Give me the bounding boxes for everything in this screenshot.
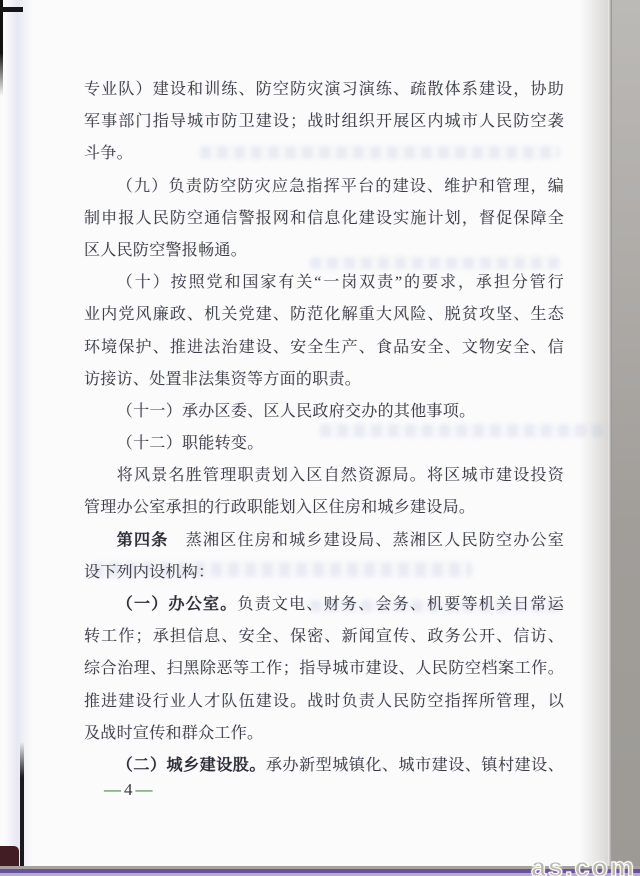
text-line: （二）城乡建设股。承办新型城镇化、城市建设、镇村建设、 [84, 750, 564, 782]
text-line: 访接访、处置非法集资等方面的职责。 [84, 364, 564, 396]
line-text: 业内党风廉政、机关党建、防范化解重大风险、脱贫攻坚、生态 [84, 306, 564, 323]
text-line: （十）按照党和国家有关“一岗双责”的要求，承担分管行 [84, 267, 564, 299]
scanner-background [612, 0, 640, 876]
text-line: 环境保护、推进法治建设、安全生产、食品安全、文物安全、信 [84, 332, 564, 364]
line-text: 斗争。 [84, 145, 133, 162]
text-line: 专业队）建设和训练、防空防灾演习演练、疏散体系建设，协助 [84, 74, 564, 106]
page-number-value: 4 [124, 780, 136, 799]
text-line: 业内党风廉政、机关党建、防范化解重大风险、脱贫攻坚、生态 [84, 299, 564, 331]
text-line: （九）负责防空防灾应急指挥平台的建设、维护和管理，编 [84, 171, 564, 203]
scan-artifact-top-left-line [0, 0, 3, 96]
line-text: 专业队）建设和训练、防空防灾演习演练、疏散体系建设，协助 [84, 81, 564, 98]
page-number-dash: — [104, 780, 124, 799]
text-line: 制申报人民防空通信警报网和信息化建设实施计划，督促保障全 [84, 203, 564, 235]
item-title-bold: （一）办公室。 [117, 596, 238, 613]
page-number: —4— [104, 780, 156, 800]
document-body: 专业队）建设和训练、防空防灾演习演练、疏散体系建设，协助 军事部门指导城市防卫建… [84, 74, 564, 782]
line-text: 及战时宣传和群众工作。 [84, 725, 263, 742]
line-text: （十二）职能转变。 [117, 435, 264, 452]
scan-artifact-top-dash [0, 7, 23, 12]
line-text: 承办新型城镇化、城市建设、镇村建设、 [266, 757, 564, 774]
text-line: （一）办公室。负责文电、财务、会务、机要等机关日常运 [84, 589, 564, 621]
line-text: （九）负责防空防灾应急指挥平台的建设、维护和管理，编 [117, 178, 564, 195]
line-text: 将风景名胜管理职责划入区自然资源局。将区城市建设投资 [117, 467, 564, 484]
text-line: 转工作；承担信息、安全、保密、新闻宣传、政务公开、信访、 [84, 621, 564, 653]
text-line: 及战时宣传和群众工作。 [84, 718, 564, 750]
article-number-bold: 第四条 [117, 532, 169, 549]
line-text: 设下列内设机构： [84, 564, 214, 581]
text-line: 将风景名胜管理职责划入区自然资源局。将区城市建设投资 [84, 460, 564, 492]
line-text: （十一）承办区委、区人民政府交办的其他事项。 [117, 403, 476, 420]
line-text: 区人民防空警报畅通。 [84, 242, 247, 259]
line-text: 制申报人民防空通信警报网和信息化建设实施计划，督促保障全 [84, 210, 564, 227]
page-number-dash: — [136, 780, 156, 799]
line-text: （十）按照党和国家有关“一岗双责”的要求，承担分管行 [117, 274, 564, 291]
text-line: 斗争。 [84, 138, 564, 170]
text-line: 管理办公室承担的行政职能划入区住房和城乡建设局。 [84, 492, 564, 524]
page-fold-shadow [5, 0, 32, 876]
line-text: 军事部门指导城市防卫建设；战时组织开展区内城市人民防空袭 [84, 113, 564, 130]
line-text: 管理办公室承担的行政职能划入区住房和城乡建设局。 [84, 499, 475, 516]
line-text: 访接访、处置非法集资等方面的职责。 [84, 371, 361, 388]
item-title-bold: （二）城乡建设股。 [117, 757, 266, 774]
text-line: 军事部门指导城市防卫建设；战时组织开展区内城市人民防空袭 [84, 106, 564, 138]
line-text: 环境保护、推进法治建设、安全生产、食品安全、文物安全、信 [84, 339, 564, 356]
watermark: as.com [531, 852, 636, 876]
page-edge-shadow [580, 0, 608, 876]
scan-artifact-bottom-left-line [20, 742, 24, 868]
line-text: 转工作；承担信息、安全、保密、新闻宣传、政务公开、信访、 [84, 628, 564, 645]
text-line: 推进建设行业人才队伍建设。战时负责人民防空指挥所管理，以 [84, 686, 564, 718]
line-text: 综合治理、扫黑除恶等工作；指导城市建设、人民防空档案工作。 [84, 660, 564, 677]
line-text: 负责文电、财务、会务、机要等机关日常运 [237, 596, 564, 613]
line-text: 蒸湘区住房和城乡建设局、蒸湘区人民防空办公室 [169, 532, 564, 549]
text-line: （十二）职能转变。 [84, 428, 564, 460]
text-line: 设下列内设机构： [84, 557, 564, 589]
text-line: 区人民防空警报畅通。 [84, 235, 564, 267]
scanned-page: 专业队）建设和训练、防空防灾演习演练、疏散体系建设，协助 军事部门指导城市防卫建… [0, 0, 640, 876]
text-line: （十一）承办区委、区人民政府交办的其他事项。 [84, 396, 564, 428]
text-line: 第四条 蒸湘区住房和城乡建设局、蒸湘区人民防空办公室 [84, 525, 564, 557]
line-text: 推进建设行业人才队伍建设。战时负责人民防空指挥所管理，以 [84, 693, 564, 710]
text-line: 综合治理、扫黑除恶等工作；指导城市建设、人民防空档案工作。 [84, 653, 564, 685]
